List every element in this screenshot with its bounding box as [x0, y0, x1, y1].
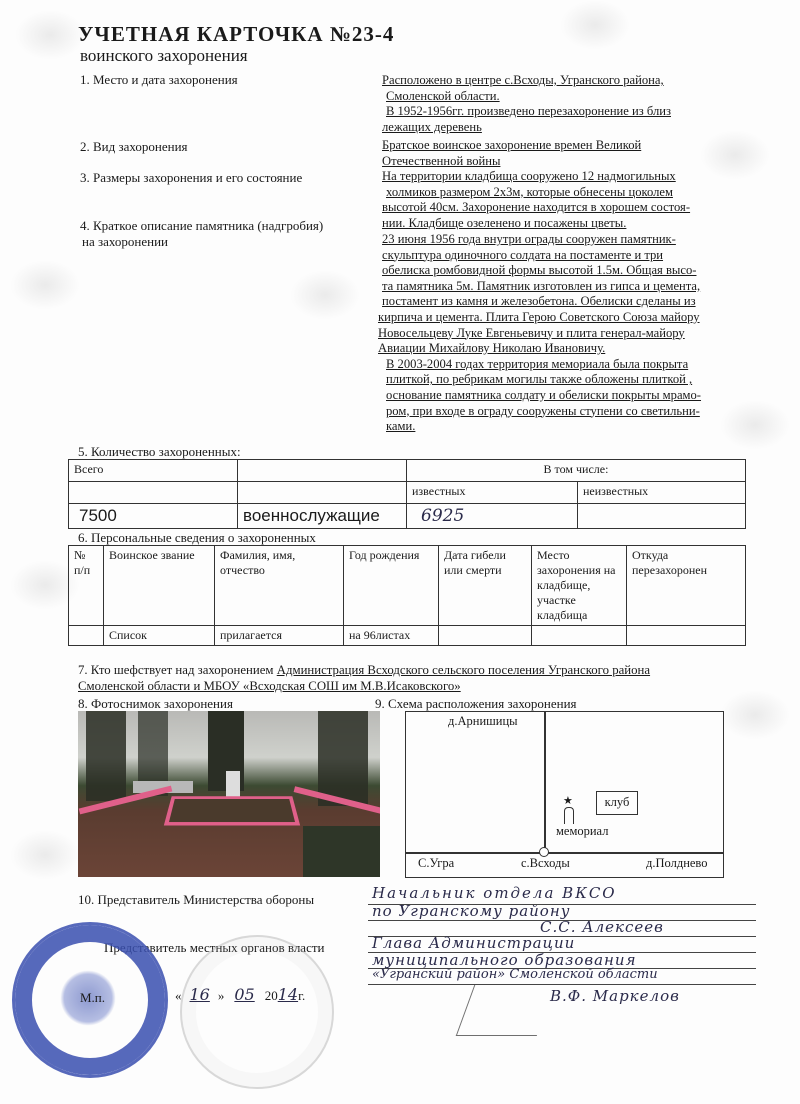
field-1-label: 1. Место и дата захоронения	[80, 72, 238, 88]
section-8-label: 8. Фотоснимок захоронения	[78, 696, 233, 712]
field-4-label-cont: на захоронении	[82, 234, 168, 250]
location-scheme: д.Арнишицы клуб ★ мемориал С.Угра с.Всхо…	[405, 711, 724, 878]
header-unknown: неизвестных	[578, 482, 746, 504]
field-4-label: 4. Краткое описание памятника (надгробия…	[80, 218, 323, 234]
mod-rep-line-1: Начальник отдела ВКСО	[372, 884, 617, 902]
local-rep-line-3: «Угранский район» Смоленской области	[372, 967, 658, 982]
cell-attached: прилагается	[215, 626, 344, 646]
field-4-value: 23 июня 1956 года внутри ограды сооружен…	[368, 232, 753, 435]
watermark	[290, 270, 360, 320]
bush	[303, 826, 380, 877]
stamp-place-label: М.п.	[80, 990, 105, 1006]
section-5-label: 5. Количество захороненных:	[78, 444, 241, 460]
road-vertical	[544, 712, 546, 852]
col-burial-place: Место захоронения на кладбище, участке к…	[532, 546, 627, 626]
local-rep-signature: В.Ф. Маркелов	[550, 987, 680, 1005]
col-rank: Воинское звание	[104, 546, 215, 626]
patron-line-2: Смоленской области и МБОУ «Всходская СОШ…	[78, 679, 461, 693]
monument-icon	[564, 807, 574, 824]
road-horizontal	[406, 852, 723, 854]
patron-line-1: Администрация Всходского сельского посел…	[277, 663, 650, 677]
col-birth-year: Год рождения	[344, 546, 439, 626]
field-2-value: Братское воинское захоронение времен Вел…	[368, 138, 753, 169]
date-year: 14	[278, 985, 298, 1004]
place-center: с.Всходы	[521, 856, 570, 871]
section-6-label: 6. Персональные сведения о захороненных	[78, 530, 316, 546]
personal-info-table: № п/п Воинское звание Фамилия, имя, отче…	[68, 545, 746, 646]
unknown-count	[578, 504, 746, 529]
field-1-value: Расположено в центре с.Всходы, Угранског…	[368, 73, 753, 135]
category: военнослужащие	[238, 504, 407, 529]
place-memorial: мемориал	[556, 824, 608, 839]
card-subtitle: воинского захоронения	[80, 46, 248, 66]
col-death-date: Дата гибели или смерти	[439, 546, 532, 626]
place-north: д.Арнишицы	[448, 714, 518, 729]
col-name: Фамилия, имя, отчество	[215, 546, 344, 626]
card-title: УЧЕТНАЯ КАРТОЧКА №23-4	[78, 22, 394, 47]
field-2-label: 2. Вид захоронения	[80, 139, 188, 155]
col-reburied-from: Откуда перезахоронен	[627, 546, 746, 626]
date-line: «16»052014г.	[175, 985, 305, 1004]
place-west: С.Угра	[418, 856, 454, 871]
official-stamp-faint	[180, 935, 334, 1089]
local-rep-line-1: Глава Администрации	[372, 934, 575, 952]
burial-count-table: Всего В том числе: известных неизвестных…	[68, 459, 746, 529]
known-count: 6925	[407, 504, 578, 529]
watermark	[10, 260, 80, 310]
section-7: 7. Кто шефствует над захоронением Админи…	[78, 662, 758, 694]
memorial-photo	[78, 711, 380, 877]
field-3-label: 3. Размеры захоронения и его состояние	[80, 170, 302, 186]
watermark	[560, 0, 630, 50]
total-count: 7500	[69, 504, 238, 529]
section-10-label: 10. Представитель Министерства обороны	[78, 892, 314, 908]
star-icon: ★	[563, 794, 573, 807]
club-box: клуб	[596, 791, 638, 815]
monument	[226, 771, 240, 799]
cell-pages: на 96листах	[344, 626, 439, 646]
date-day: 16	[182, 985, 218, 1004]
signature-scribble	[456, 985, 556, 1036]
watermark	[15, 10, 85, 60]
header-including: В том числе:	[407, 460, 746, 482]
header-known: известных	[407, 482, 578, 504]
header-total: Всего	[69, 460, 238, 482]
col-number: № п/п	[69, 546, 104, 626]
section-7-label: 7. Кто шефствует над захоронением	[78, 663, 274, 677]
place-east: д.Полднево	[646, 856, 708, 871]
section-9-label: 9. Схема расположения захоронения	[375, 696, 577, 712]
watermark	[10, 830, 80, 880]
grave-border-center	[164, 796, 300, 825]
watermark	[720, 690, 790, 740]
cell-list: Список	[104, 626, 215, 646]
field-3-value: На территории кладбища сооружено 12 надм…	[368, 169, 753, 231]
date-month: 05	[224, 985, 264, 1004]
